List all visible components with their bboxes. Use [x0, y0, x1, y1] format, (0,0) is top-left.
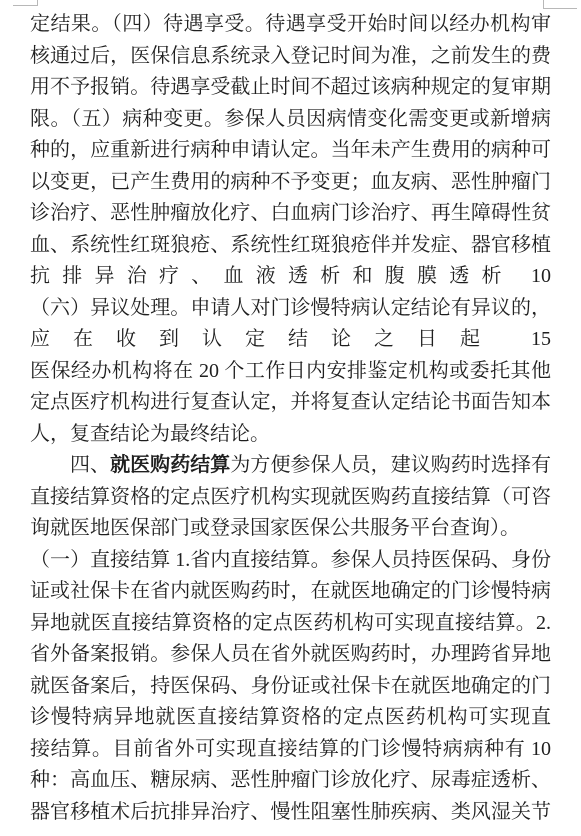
- text-line: 四、就医购药结算为方便参保人员，建议购药时选择有: [30, 450, 551, 482]
- text-segment: 抗排异治疗、血液透析和腹膜透析 10 个病种变更不受限制。: [30, 265, 551, 293]
- text-line: 省外备案报销。参保人员在省外就医购药时，办理跨省异地: [30, 639, 551, 671]
- document-page: 定结果。（四）待遇享受。待遇享受开始时间以经办机构审核通过后，医保信息系统录入登…: [0, 0, 581, 836]
- margin-crop-mark-top-left-icon: [13, 0, 38, 6]
- text-segment: 诊慢特病异地就医直接结算资格的定点医药机构可实现直: [30, 706, 551, 728]
- text-segment: 异地就医直接结算资格的定点医药机构可实现直接结算。2.: [30, 612, 551, 634]
- text-segment: 应在收到认定结论之日起 15 个工作日内提出复查书面申请，: [30, 328, 551, 356]
- text-line: 核通过后，医保信息系统录入登记时间为准，之前发生的费: [30, 41, 551, 73]
- text-segment: 种：高血压、糖尿病、恶性肿瘤门诊放化疗、尿毒症透析、: [30, 769, 551, 791]
- text-segment: 询就医地医保部门或登录国家医保公共服务平台查询）。: [30, 517, 520, 539]
- text-segment: （一）直接结算 1.省内直接结算。参保人员持医保码、身份: [30, 549, 551, 571]
- text-line: 血、系统性红斑狼疮、系统性红斑狼疮伴并发症、器官移植: [30, 230, 551, 262]
- text-line: （六）异议处理。申请人对门诊慢特病认定结论有异议的，: [30, 293, 551, 325]
- text-line: 以变更，已产生费用的病种不予变更；血友病、恶性肿瘤门: [30, 167, 551, 199]
- text-line: 种：高血压、糖尿病、恶性肿瘤门诊放化疗、尿毒症透析、: [30, 765, 551, 797]
- text-line: 医保经办机构将在 20 个工作日内安排鉴定机构或委托其他: [30, 356, 551, 388]
- text-segment: 医保经办机构将在 20 个工作日内安排鉴定机构或委托其他: [30, 360, 551, 382]
- text-line: 用不予报销。待遇享受截止时间不超过该病种规定的复审期: [30, 72, 551, 104]
- text-line: 直接结算资格的定点医疗机构实现就医购药直接结算（可咨: [30, 482, 551, 514]
- text-line: 诊治疗、恶性肿瘤放化疗、白血病门诊治疗、再生障碍性贫: [30, 198, 551, 230]
- document-text-block: 定结果。（四）待遇享受。待遇享受开始时间以经办机构审核通过后，医保信息系统录入登…: [30, 9, 551, 828]
- text-line: 应在收到认定结论之日起 15 个工作日内提出复查书面申请，: [30, 324, 551, 356]
- text-segment: 为方便参保人员，建议购药时选择有: [230, 454, 551, 476]
- text-line: 人，复查结论为最终结论。: [30, 419, 551, 451]
- text-segment: 以变更，已产生费用的病种不予变更；血友病、恶性肿瘤门: [30, 171, 551, 193]
- text-segment: 四、: [70, 454, 110, 476]
- text-segment: 种的，应重新进行病种申请认定。当年未产生费用的病种可: [30, 139, 551, 161]
- text-segment: 诊治疗、恶性肿瘤放化疗、白血病门诊治疗、再生障碍性贫: [30, 202, 551, 224]
- text-segment: 核通过后，医保信息系统录入登记时间为准，之前发生的费: [30, 45, 551, 67]
- text-segment: （六）异议处理。申请人对门诊慢特病认定结论有异议的，: [30, 297, 551, 319]
- text-segment: 器官移植术后抗排异治疗、慢性阻塞性肺疾病、类风湿关节: [30, 801, 551, 823]
- text-segment: 人，复查结论为最终结论。: [30, 423, 270, 445]
- text-line: 定结果。（四）待遇享受。待遇享受开始时间以经办机构审: [30, 9, 551, 41]
- text-segment: 省外备案报销。参保人员在省外就医购药时，办理跨省异地: [30, 643, 551, 665]
- text-line: 抗排异治疗、血液透析和腹膜透析 10 个病种变更不受限制。: [30, 261, 551, 293]
- text-line: 询就医地医保部门或登录国家医保公共服务平台查询）。: [30, 513, 551, 545]
- text-segment: 限。（五）病种变更。参保人员因病情变化需变更或新增病: [30, 108, 551, 130]
- text-segment: 血、系统性红斑狼疮、系统性红斑狼疮伴并发症、器官移植: [30, 234, 551, 256]
- text-line: 定点医疗机构进行复查认定，并将复查认定结论书面告知本: [30, 387, 551, 419]
- text-line: （一）直接结算 1.省内直接结算。参保人员持医保码、身份: [30, 545, 551, 577]
- text-line: 异地就医直接结算资格的定点医药机构可实现直接结算。2.: [30, 608, 551, 640]
- margin-crop-mark-top-right-icon: [543, 0, 577, 9]
- text-line: 种的，应重新进行病种申请认定。当年未产生费用的病种可: [30, 135, 551, 167]
- text-segment: 定结果。（四）待遇享受。待遇享受开始时间以经办机构审: [30, 13, 551, 35]
- text-segment: 证或社保卡在省内就医购药时，在就医地确定的门诊慢特病: [30, 580, 551, 602]
- text-line: 诊慢特病异地就医直接结算资格的定点医药机构可实现直: [30, 702, 551, 734]
- bold-emphasis-text: 就医购药结算: [110, 454, 230, 476]
- text-line: 器官移植术后抗排异治疗、慢性阻塞性肺疾病、类风湿关节: [30, 797, 551, 829]
- text-segment: 定点医疗机构进行复查认定，并将复查认定结论书面告知本: [30, 391, 551, 413]
- text-line: 接结算。目前省外可实现直接结算的门诊慢特病病种有 10: [30, 734, 551, 766]
- text-segment: 接结算。目前省外可实现直接结算的门诊慢特病病种有 10: [30, 738, 551, 760]
- text-line: 证或社保卡在省内就医购药时，在就医地确定的门诊慢特病: [30, 576, 551, 608]
- text-segment: 直接结算资格的定点医疗机构实现就医购药直接结算（可咨: [30, 486, 551, 508]
- text-line: 就医备案后，持医保码、身份证或社保卡在就医地确定的门: [30, 671, 551, 703]
- text-segment: 就医备案后，持医保码、身份证或社保卡在就医地确定的门: [30, 675, 551, 697]
- text-line: 限。（五）病种变更。参保人员因病情变化需变更或新增病: [30, 104, 551, 136]
- text-segment: 用不予报销。待遇享受截止时间不超过该病种规定的复审期: [30, 76, 551, 98]
